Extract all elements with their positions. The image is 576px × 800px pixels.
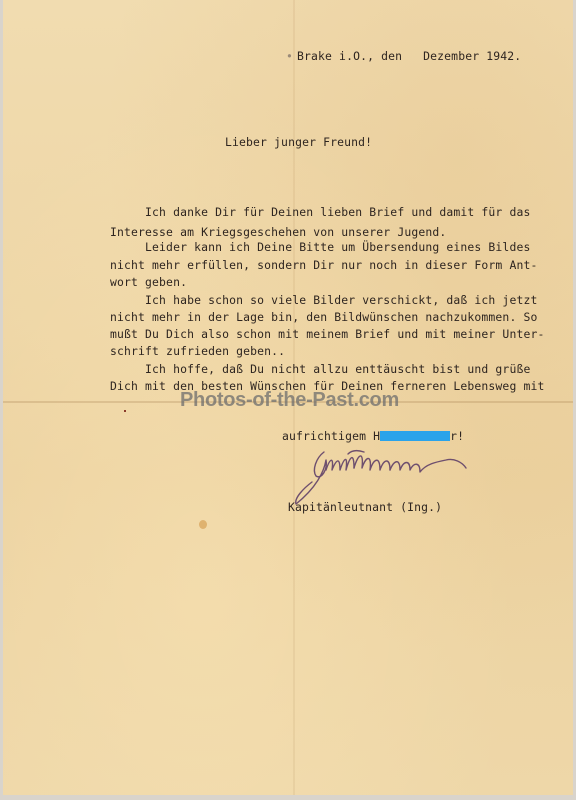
letter-paper: •Brake i.O., den Dezember 1942. Lieber j…	[3, 0, 573, 795]
body-line: nicht mehr erfüllen, sondern Dir nur noc…	[110, 258, 537, 272]
body-line: wort geben.	[110, 275, 187, 289]
watermark: Photos-of-the-Past.com	[180, 389, 399, 412]
body-line: Ich hoffe, daß Du nicht allzu enttäuscht…	[110, 362, 530, 376]
closing-prefix: aufrichtigem H	[282, 429, 380, 443]
body-line: mußt Du Dich also schon mit meinem Brief…	[110, 327, 544, 341]
date-text: Brake i.O., den Dezember 1942.	[297, 49, 521, 63]
ink-dot-icon: •	[286, 49, 293, 63]
ink-speck	[124, 410, 126, 412]
closing-line: aufrichtigem Hr!	[282, 429, 464, 443]
signature	[286, 448, 476, 508]
body-line: Leider kann ich Deine Bitte um Übersendu…	[110, 240, 530, 254]
body-line: schrift zufrieden geben..	[110, 344, 285, 358]
body-line: nicht mehr in der Lage bin, den Bildwüns…	[110, 310, 537, 324]
stain	[199, 520, 207, 529]
body-line: Ich danke Dir für Deinen lieben Brief un…	[110, 205, 530, 219]
date-line: •Brake i.O., den Dezember 1942.	[286, 49, 521, 63]
body-line: Interesse am Kriegsgeschehen von unserer…	[110, 225, 446, 239]
body-line: Ich habe schon so viele Bilder verschick…	[110, 293, 537, 307]
closing-suffix: r!	[450, 429, 464, 443]
rank-line: Kapitänleutnant (Ing.)	[288, 500, 442, 514]
salutation: Lieber junger Freund!	[225, 135, 372, 149]
redaction-bar	[380, 431, 450, 441]
